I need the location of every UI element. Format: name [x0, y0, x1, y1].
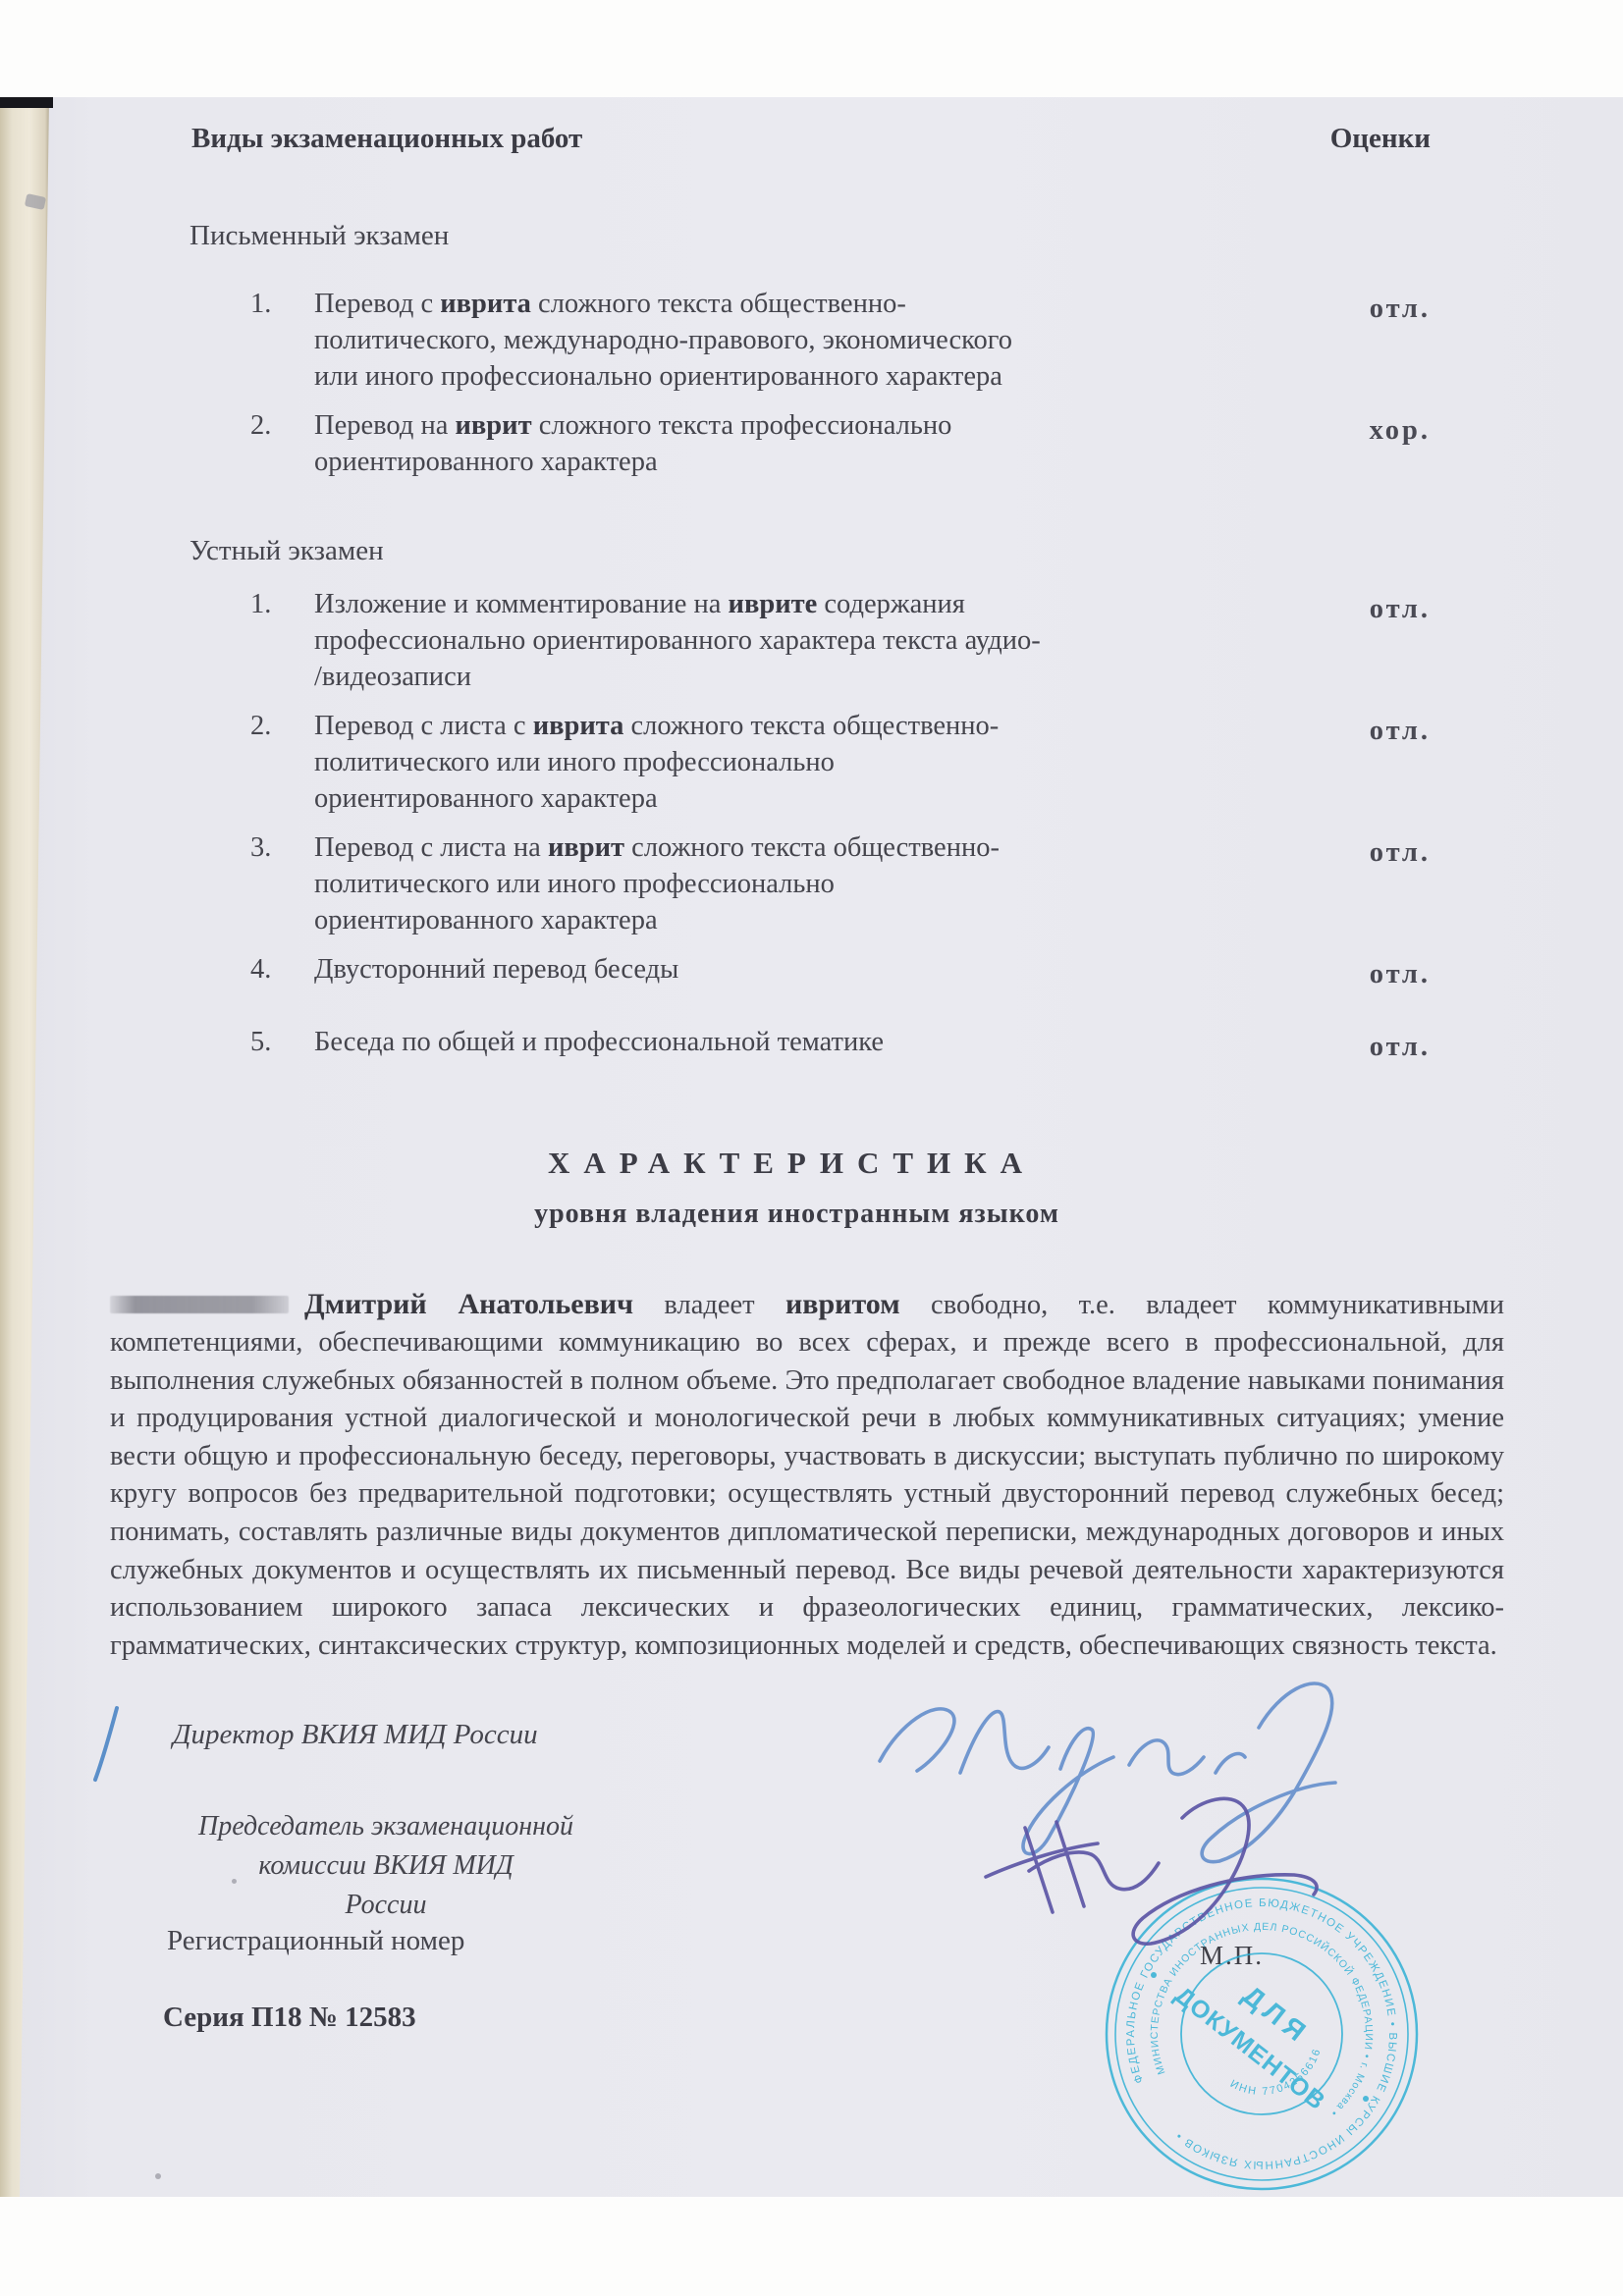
series-number: Серия П18 № 12583 [163, 2002, 416, 2034]
item-grade: отл. [1370, 1024, 1431, 1065]
oral-exam-list: 1. Изложение и комментирование на иврите… [250, 586, 1431, 1078]
item-number: 2. [250, 407, 314, 444]
item-text: Двусторонний перевод беседы [314, 951, 1154, 988]
item-number: 4. [250, 951, 314, 988]
oral-exam-title: Устный экзамен [189, 535, 384, 567]
item-number: 2. [250, 708, 314, 744]
stamp-ring-text-outer: ФЕДЕРАЛЬНОЕ ГОСУДАРСТВЕННОЕ БЮДЖЕТНОЕ УЧ… [1095, 1867, 1429, 2197]
exam-item-row: 4. Двусторонний перевод беседы отл. [250, 951, 1431, 992]
item-number: 1. [250, 286, 314, 322]
item-grade: отл. [1370, 708, 1431, 749]
item-grade: отл. [1370, 829, 1431, 871]
stamp-dot [1151, 1972, 1157, 1978]
exam-types-heading: Виды экзаменационных работ [191, 123, 582, 155]
table-header-row: Виды экзаменационных работ Оценки [191, 123, 1431, 155]
item-text: Беседа по общей и профессиональной темат… [314, 1024, 1154, 1060]
characteristic-paragraph: Дмитрий Анатольевич владеет ивритом своб… [110, 1286, 1504, 1666]
redacted-surname [110, 1296, 289, 1313]
exam-item-row: 1. Изложение и комментирование на иврите… [250, 586, 1431, 695]
grades-heading: Оценки [1330, 123, 1431, 155]
item-text: Перевод на иврит сложного текста професс… [314, 407, 1154, 480]
characteristic-subtitle: уровня владения иностранным языком [0, 1199, 1594, 1230]
characteristic-text: Дмитрий Анатольевич владеет ивритом своб… [110, 1290, 1504, 1661]
item-grade: хор. [1370, 407, 1431, 449]
chairman-label-line2: комиссии ВКИЯ МИД [169, 1846, 603, 1886]
scan-area: Виды экзаменационных работ Оценки Письме… [0, 97, 1623, 2197]
exam-item-row: 1. Перевод с иврита сложного текста обще… [250, 286, 1431, 395]
item-text: Перевод с листа на иврит сложного текста… [314, 829, 1154, 938]
round-ink-stamp: ФЕДЕРАЛЬНОЕ ГОСУДАРСТВЕННОЕ БЮДЖЕТНОЕ УЧ… [1095, 1867, 1429, 2197]
item-number: 5. [250, 1024, 314, 1060]
chairman-label: Председатель экзаменационной комиссии ВК… [169, 1807, 603, 1925]
characteristic-title: ХАРАКТЕРИСТИКА [0, 1146, 1584, 1181]
item-number: 3. [250, 829, 314, 866]
exam-item-row: 3. Перевод с листа на иврит сложного тек… [250, 829, 1431, 938]
item-number: 1. [250, 586, 314, 622]
item-text: Перевод с листа с иврита сложного текста… [314, 708, 1154, 817]
written-exam-title: Письменный экзамен [189, 220, 449, 252]
exam-item-row: 5. Беседа по общей и профессиональной те… [250, 1024, 1431, 1065]
stamp-dot [1363, 2096, 1369, 2102]
exam-item-row: 2. Перевод на иврит сложного текста проф… [250, 407, 1431, 480]
item-grade: отл. [1370, 951, 1431, 992]
item-text: Перевод с иврита сложного текста обществ… [314, 286, 1154, 395]
scanned-certificate-page: Виды экзаменационных работ Оценки Письме… [0, 0, 1623, 2296]
item-grade: отл. [1370, 286, 1431, 327]
chairman-label-line1: Председатель экзаменационной [169, 1807, 603, 1846]
item-grade: отл. [1370, 586, 1431, 627]
exam-item-row: 2. Перевод с листа с иврита сложного тек… [250, 708, 1431, 817]
registration-number-label: Регистрационный номер [167, 1925, 464, 1957]
chairman-label-line3: России [169, 1886, 603, 1925]
written-exam-list: 1. Перевод с иврита сложного текста обще… [250, 286, 1431, 493]
item-text: Изложение и комментирование на иврите со… [314, 586, 1154, 695]
director-label: Директор ВКИЯ МИД России [173, 1719, 538, 1751]
